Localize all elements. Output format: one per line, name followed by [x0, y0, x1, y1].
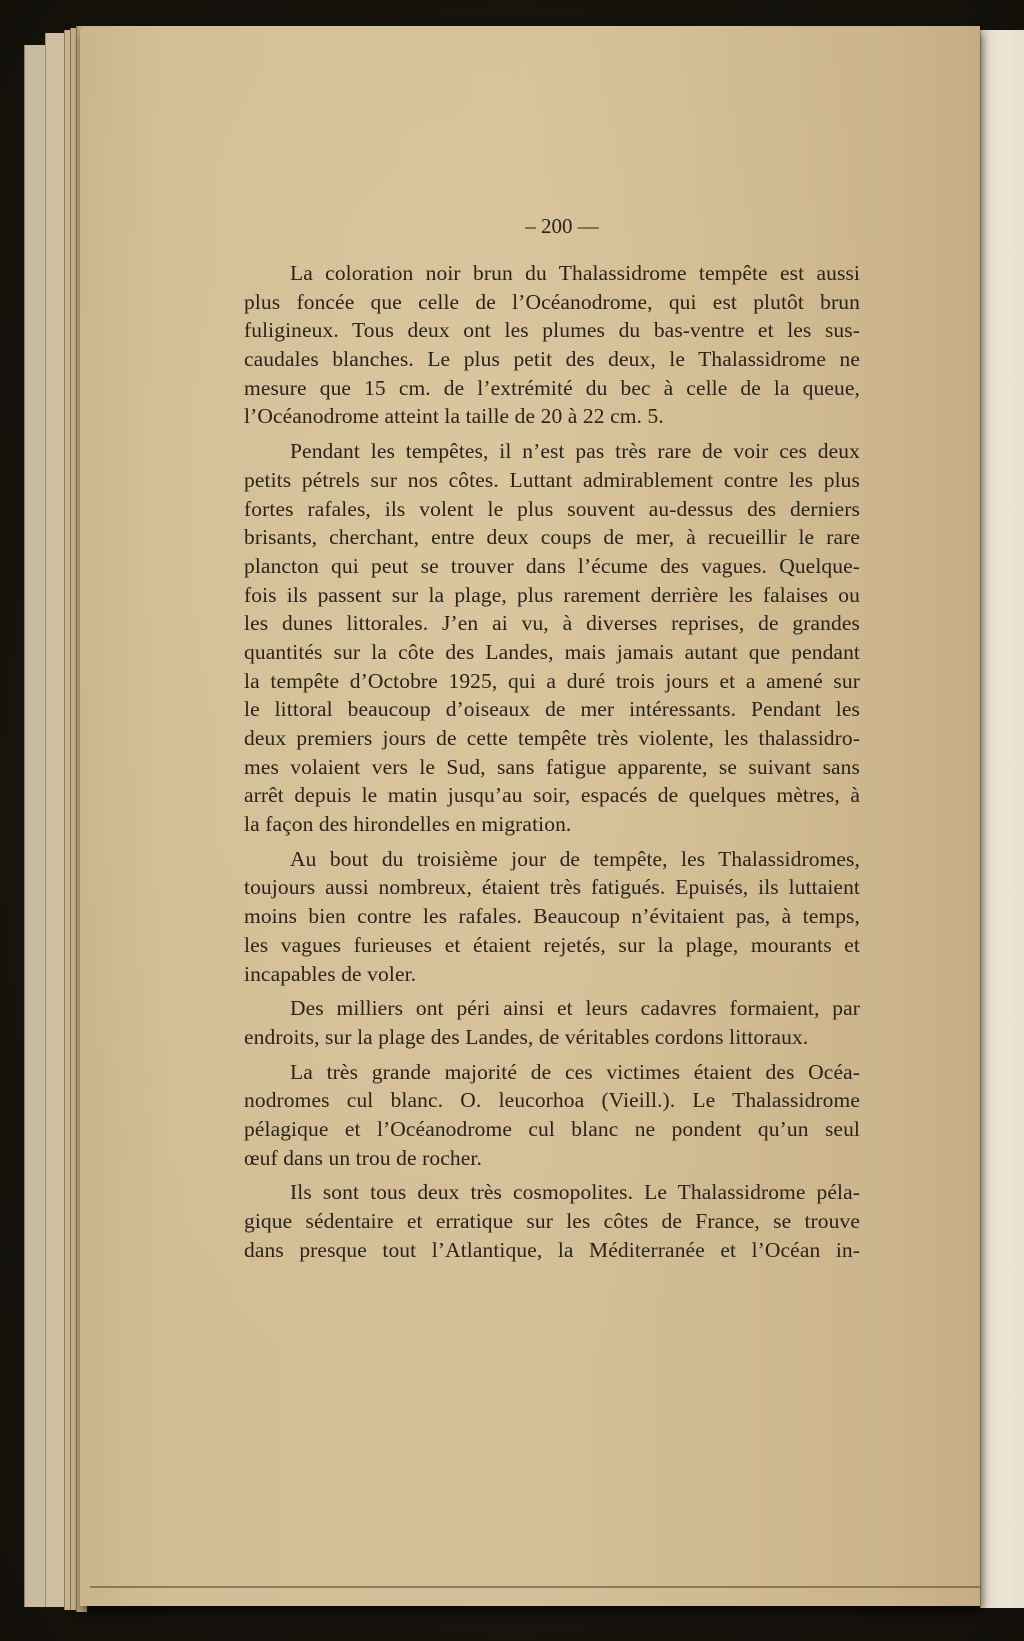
text-line: le littoral beaucoup d’oiseaux de mer in…: [244, 695, 860, 724]
text-line: caudales blanches. Le plus petit des deu…: [244, 345, 860, 374]
paragraph: La coloration noir brun du Thalassidrome…: [244, 259, 860, 431]
text-line: œuf dans un trou de rocher.: [244, 1144, 860, 1173]
text-line: brisants, cherchant, entre deux coups de…: [244, 523, 860, 552]
text-line: fuligineux. Tous deux ont les plumes du …: [244, 316, 860, 345]
text-line: les vagues furieuses et étaient rejetés,…: [244, 931, 860, 960]
text-line: gique sédentaire et erratique sur les cô…: [244, 1207, 860, 1236]
text-line: incapables de voler.: [244, 960, 860, 989]
text-line: toujours aussi nombreux, étaient très fa…: [244, 873, 860, 902]
text-line: l’Océanodrome atteint la taille de 20 à …: [244, 402, 860, 431]
text-line: mesure que 15 cm. de l’extrémité du bec …: [244, 374, 860, 403]
text-line: moins bien contre les rafales. Beaucoup …: [244, 902, 860, 931]
text-line: arrêt depuis le matin jusqu’au soir, esp…: [244, 781, 860, 810]
paragraph: Ils sont tous deux très cosmopolites. Le…: [244, 1178, 860, 1264]
text-line: plus foncée que celle de l’Océanodrome, …: [244, 288, 860, 317]
text-line: plancton qui peut se trouver dans l’écum…: [244, 552, 860, 581]
text-line: la tempête d’Octobre 1925, qui a duré tr…: [244, 667, 860, 696]
text-line: nodromes cul blanc. O. leucorhoa (Vieill…: [244, 1086, 860, 1115]
paragraph: Des milliers ont péri ainsi et leurs cad…: [244, 994, 860, 1051]
text-line: les dunes littorales. J’en ai vu, à dive…: [244, 609, 860, 638]
paragraph: Pendant les tempêtes, il n’est pas très …: [244, 437, 860, 839]
text-line: pélagique et l’Océanodrome cul blanc ne …: [244, 1115, 860, 1144]
text-line: Ils sont tous deux très cosmopolites. Le…: [244, 1178, 860, 1207]
text-line: Des milliers ont péri ainsi et leurs cad…: [244, 994, 860, 1023]
text-line: Pendant les tempêtes, il n’est pas très …: [244, 437, 860, 466]
text-line: la façon des hirondelles en migration.: [244, 810, 860, 839]
text-line: dans presque tout l’Atlantique, la Médit…: [244, 1236, 860, 1265]
text-line: quantités sur la côte des Landes, mais j…: [244, 638, 860, 667]
text-line: La très grande majorité de ces victimes …: [244, 1058, 860, 1087]
paragraph: Au bout du troisième jour de tempête, le…: [244, 845, 860, 988]
adjacent-blank-sheet: [980, 30, 1024, 1608]
text-line: La coloration noir brun du Thalassidrome…: [244, 259, 860, 288]
text-line: deux premiers jours de cette tempête trè…: [244, 724, 860, 753]
text-line: petits pétrels sur nos côtes. Luttant ad…: [244, 466, 860, 495]
text-line: endroits, sur la plage des Landes, de vé…: [244, 1023, 860, 1052]
paragraph: La très grande majorité de ces victimes …: [244, 1058, 860, 1173]
text-line: fois ils passent sur la plage, plus rare…: [244, 581, 860, 610]
text-line: Au bout du troisième jour de tempête, le…: [244, 845, 860, 874]
page-bottom-edge: [90, 1586, 980, 1588]
text-line: mes volaient vers le Sud, sans fatigue a…: [244, 753, 860, 782]
text-line: fortes rafales, ils volent le plus souve…: [244, 495, 860, 524]
body-text: La coloration noir brun du Thalassidrome…: [244, 214, 860, 1264]
